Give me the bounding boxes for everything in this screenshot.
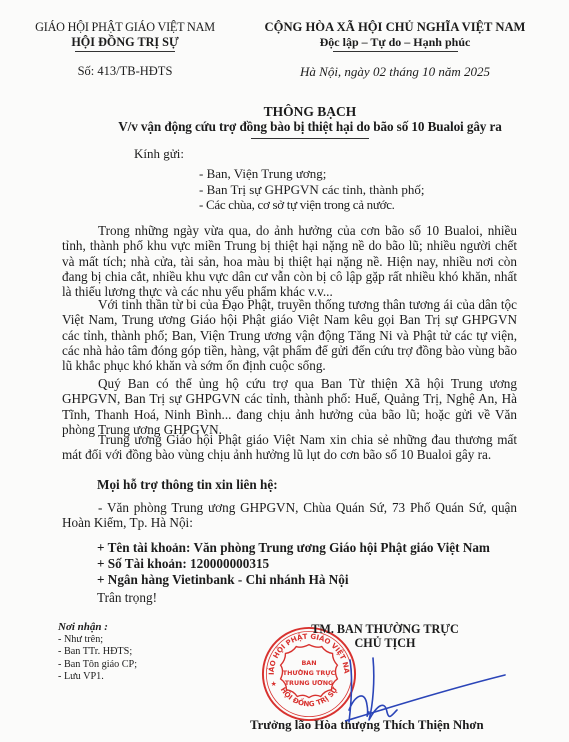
account-name: + Tên tài khoản: Văn phòng Trung ương Gi… (97, 540, 490, 556)
recipient-list: - Ban, Viện Trung ương; - Ban Trị sự GHP… (199, 166, 425, 213)
handwritten-signature-icon (345, 650, 515, 742)
recipient-item: - Các chùa, cơ sở tự viện trong cả nước. (199, 197, 425, 213)
document-number: Số: 413/TB-HĐTS (30, 64, 220, 79)
svg-text:THƯỜNG TRỰC: THƯỜNG TRỰC (283, 668, 336, 677)
footer-recipient: - Như trên; (58, 634, 137, 647)
paragraph-text: Quý Ban có thể ủng hộ cứu trợ qua Ban Từ… (62, 376, 517, 437)
position-label: CHỦ TỊCH (290, 636, 480, 650)
contact-address: - Văn phòng Trung ương GHPGVN, Chùa Quán… (62, 500, 517, 531)
council-name: HỘI ĐỒNG TRỊ SỰ (30, 35, 220, 50)
document-subject: V/v vận động cứu trợ đồng bào bị thiệt h… (60, 119, 560, 135)
organization-name: GIÁO HỘI PHẬT GIÁO VIỆT NAM (30, 20, 220, 35)
document-title-block: THÔNG BẠCH V/v vận động cứu trợ đồng bào… (60, 104, 560, 139)
national-motto: Độc lập – Tự do – Hạnh phúc (225, 35, 565, 50)
recipient-item: - Ban, Viện Trung ương; (199, 166, 425, 182)
signature-title-block: TM. BAN THƯỜNG TRỰC CHỦ TỊCH (290, 622, 480, 650)
bank-details: + Tên tài khoản: Văn phòng Trung ương Gi… (97, 540, 490, 588)
footer-recipient: - Lưu VP1. (58, 671, 137, 684)
recipient-item: - Ban Trị sự GHPGVN các tỉnh, thành phố; (199, 182, 425, 198)
paragraph-text: Trung ương Giáo hội Phật giáo Việt Nam x… (62, 432, 517, 463)
document-type: THÔNG BẠCH (60, 104, 560, 119)
recipients-footer: Nơi nhận : - Như trên; - Ban TTr. HĐTS; … (58, 621, 137, 684)
national-header: CỘNG HÒA XÃ HỘI CHỦ NGHĨA VIỆT NAM Độc l… (225, 20, 565, 80)
paragraph-text: Với tinh thần từ bi của Đạo Phật, truyền… (62, 297, 517, 373)
account-number: + Số Tài khoản: 120000000315 (97, 556, 490, 572)
closing: Trân trọng! (97, 590, 157, 606)
divider (333, 51, 458, 52)
place-date: Hà Nội, ngày 02 tháng 10 năm 2025 (225, 64, 565, 80)
svg-text:BAN: BAN (301, 659, 316, 667)
bank-name: + Ngân hàng Vietinbank - Chi nhánh Hà Nộ… (97, 572, 490, 588)
recipients-footer-heading: Nơi nhận : (58, 621, 137, 634)
divider (251, 138, 369, 139)
footer-recipient: - Ban TTr. HĐTS; (58, 646, 137, 659)
body-paragraph-4: Trung ương Giáo hội Phật giáo Việt Nam x… (62, 432, 517, 463)
nation-title: CỘNG HÒA XÃ HỘI CHỦ NGHĨA VIỆT NAM (225, 20, 565, 35)
address-text: - Văn phòng Trung ương GHPGVN, Chùa Quán… (62, 500, 517, 531)
contact-heading: Mọi hỗ trợ thông tin xin liên hệ: (97, 477, 278, 493)
svg-text:TRUNG ƯƠNG: TRUNG ƯƠNG (285, 679, 334, 687)
svg-text:★: ★ (271, 680, 277, 688)
footer-recipient: - Ban Tôn giáo CP; (58, 659, 137, 672)
issuer-block: GIÁO HỘI PHẬT GIÁO VIỆT NAM HỘI ĐỒNG TRỊ… (30, 20, 220, 79)
body-paragraph-1: Trong những ngày vừa qua, do ảnh hưởng c… (62, 223, 517, 299)
body-paragraph-3: Quý Ban có thể ủng hộ cứu trợ qua Ban Từ… (62, 376, 517, 437)
paragraph-text: Trong những ngày vừa qua, do ảnh hưởng c… (62, 223, 517, 299)
on-behalf-label: TM. BAN THƯỜNG TRỰC (290, 622, 480, 636)
body-paragraph-2: Với tinh thần từ bi của Đạo Phật, truyền… (62, 297, 517, 373)
divider (75, 51, 175, 52)
greeting-label: Kính gửi: (134, 146, 184, 162)
